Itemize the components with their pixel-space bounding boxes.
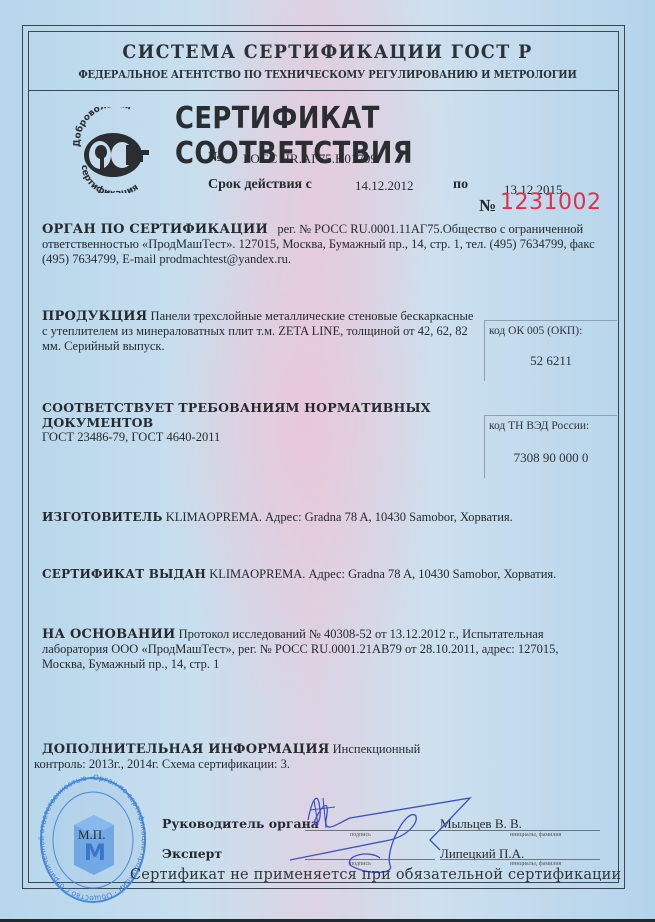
compliance-heading: СООТВЕТСТВУЕТ ТРЕБОВАНИЯМ НОРМАТИВНЫХ ДО… bbox=[42, 400, 482, 430]
compliance-standards: ГОСТ 23486-79, ГОСТ 4640-2011 bbox=[42, 430, 482, 445]
system-title: СИСТЕМА СЕРТИФИКАЦИИ ГОСТ Р bbox=[26, 41, 629, 63]
issued-to-text: KLIMAOPREMA. Адрес: Gradna 78 A, 10430 S… bbox=[209, 567, 556, 581]
issued-to-section: СЕРТИФИКАТ ВЫДАН KLIMAOPREMA. Адрес: Gra… bbox=[42, 567, 602, 582]
additional-info-heading: ДОПОЛНИТЕЛЬНАЯ ИНФОРМАЦИЯ bbox=[42, 742, 330, 757]
certification-body-section: ОРГАН ПО СЕРТИФИКАЦИИ рег. № РОСС RU.000… bbox=[42, 222, 602, 267]
header-divider bbox=[28, 90, 618, 91]
okp-code-value: 52 6211 bbox=[485, 353, 617, 369]
certification-body-heading: ОРГАН ПО СЕРТИФИКАЦИИ bbox=[42, 222, 268, 237]
okp-code-label: код ОК 005 (ОКП): bbox=[485, 321, 617, 337]
expert-label: Эксперт bbox=[162, 846, 222, 861]
additional-info-section: ДОПОЛНИТЕЛЬНАЯ ИНФОРМАЦИЯ Инспекционный … bbox=[34, 742, 474, 772]
manufacturer-text: KLIMAOPREMA. Адрес: Gradna 78 A, 10430 S… bbox=[166, 510, 513, 524]
valid-to-label: по bbox=[453, 177, 468, 193]
certificate-number-label: № bbox=[208, 150, 222, 166]
organ-stamp: Орган по сертификации продукции · Общест… bbox=[34, 770, 152, 920]
agency-name: ФЕДЕРАЛЬНОЕ АГЕНТСТВО ПО ТЕХНИЧЕСКОМУ РЕ… bbox=[46, 67, 609, 81]
seal-place-label: М.П. bbox=[78, 827, 105, 843]
product-section: ПРОДУКЦИЯ Панели трехслойные металлическ… bbox=[42, 309, 480, 354]
rst-voluntary-certification-logo: Добровольная сертификация bbox=[70, 107, 160, 193]
tnved-code-box: код ТН ВЭД России: 7308 90 000 0 bbox=[484, 415, 617, 478]
basis-heading: НА ОСНОВАНИИ bbox=[42, 627, 176, 642]
serial-number: 1231002 bbox=[500, 190, 601, 215]
tnved-code-value: 7308 90 000 0 bbox=[485, 450, 617, 466]
issued-to-heading: СЕРТИФИКАТ ВЫДАН bbox=[42, 567, 206, 581]
manufacturer-heading: ИЗГОТОВИТЕЛЬ bbox=[42, 510, 163, 524]
certificate-number: РОСС HR.АГ75.Н01709 bbox=[243, 151, 377, 167]
okp-code-box: код ОК 005 (ОКП): 52 6211 bbox=[484, 320, 617, 381]
compliance-section: СООТВЕТСТВУЕТ ТРЕБОВАНИЯМ НОРМАТИВНЫХ ДО… bbox=[42, 400, 482, 445]
voluntary-certification-notice: Сертификат не применяется при обязательн… bbox=[130, 867, 621, 883]
validity-label: Срок действия с bbox=[208, 177, 312, 193]
serial-number-label: № bbox=[479, 196, 496, 216]
manufacturer-section: ИЗГОТОВИТЕЛЬ KLIMAOPREMA. Адрес: Gradna … bbox=[42, 510, 602, 525]
valid-from-date: 14.12.2012 bbox=[355, 178, 414, 194]
certificate-title: СЕРТИФИКАТ СООТВЕТСТВИЯ bbox=[175, 101, 588, 171]
product-heading: ПРОДУКЦИЯ bbox=[42, 309, 147, 324]
tnved-code-label: код ТН ВЭД России: bbox=[485, 416, 617, 432]
head-name-caption: инициалы, фамилия bbox=[510, 832, 561, 838]
basis-section: НА ОСНОВАНИИ Протокол исследований № 403… bbox=[42, 627, 602, 672]
svg-text:М: М bbox=[84, 841, 106, 866]
